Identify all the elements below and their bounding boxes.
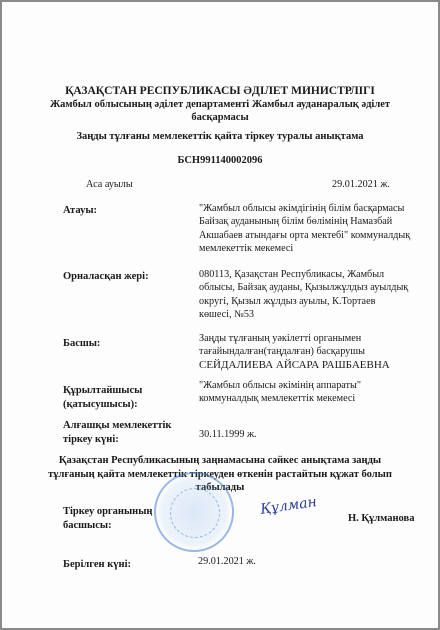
bin-number: БСН991140002096 — [2, 154, 438, 168]
name-line: Акшабаев атындағы орта мектебі" коммунал… — [199, 229, 429, 242]
place-of-issue: Аса ауылы — [86, 179, 133, 190]
founder-label-line: Құрылтайшысы — [63, 384, 142, 398]
department-line-2: басқармасы — [2, 111, 438, 125]
founder-line: коммуналдық мемлекеттік мекемесі — [199, 392, 429, 405]
head-name: СЕЙДАЛИЕВА АЙСАРА РАШБАЕВНА — [199, 359, 429, 372]
field-value-head: Заңды тұлғаның уәкілетті органымен тағай… — [199, 332, 429, 372]
name-line: "Жамбыл облысы әкімдігінің білім басқарм… — [199, 202, 429, 215]
field-value-first-registration: 30.11.1999 ж. — [199, 428, 429, 441]
handwritten-signature: Құлман — [259, 494, 318, 518]
field-value-name: "Жамбыл облысы әкімдігінің білім басқарм… — [199, 202, 429, 256]
header-date: 29.01.2021 ж. — [332, 179, 390, 190]
field-value-location: 080113, Қазақстан Республикасы, Жамбыл о… — [199, 268, 429, 322]
issued-date-label: Берілген күні: — [63, 558, 131, 572]
name-line: мемлекеттік мекемесі — [199, 242, 429, 255]
head-line: тағайындалған(таңдалған) басқарушы — [199, 345, 429, 358]
field-label-founder: Құрылтайшысы (қатысушысы): — [63, 384, 142, 412]
document-page: ҚАЗАҚСТАН РЕСПУБЛИКАСЫ ӘДІЛЕТ МИНИСТРЛІГ… — [0, 0, 440, 630]
official-seal-icon — [154, 472, 234, 552]
department-line-1: Жамбыл облысының әділет департаменті Жам… — [2, 98, 438, 112]
field-label-location: Орналасқан жері: — [63, 270, 149, 284]
field-label-head: Басшы: — [63, 337, 100, 351]
signature-label-line: басшысы: — [63, 519, 152, 533]
location-line: округі, Қызыл жұлдыз ауылы, К.Тортаев — [199, 295, 429, 308]
location-line: облысы, Байзақ ауданы, Қызылжұлдыз ауылд… — [199, 281, 429, 294]
signatory-name: Н. Құлманова — [348, 513, 414, 524]
ministry-heading: ҚАЗАҚСТАН РЕСПУБЛИКАСЫ ӘДІЛЕТ МИНИСТРЛІГ… — [2, 85, 438, 97]
field-label-first-registration: Алғашқы мемлекеттік тіркеу күні: — [63, 419, 171, 447]
statement-line-2: тұлғаның қайта мемлекеттік тіркеуден өтк… — [2, 468, 438, 482]
first-registration-label-line: Алғашқы мемлекеттік — [63, 419, 171, 433]
founder-line: "Жамбыл облысы әкімінің аппараты" — [199, 379, 429, 392]
field-value-founder: "Жамбыл облысы әкімінің аппараты" коммун… — [199, 379, 429, 406]
document-title: Заңды тұлғаны мемлекеттік қайта тіркеу т… — [2, 130, 438, 144]
founder-label-line: (қатысушысы): — [63, 398, 142, 412]
location-line: 080113, Қазақстан Республикасы, Жамбыл — [199, 268, 429, 281]
statement-line-1: Қазақстан Республикасының заңнамасына сә… — [2, 454, 438, 468]
issued-date-value: 29.01.2021 ж. — [198, 556, 256, 567]
signature-label-line: Тіркеу органының — [63, 505, 152, 519]
name-line: Байзақ ауданының білім бөлімінің Намазба… — [199, 215, 429, 228]
location-line: көшесі, №53 — [199, 308, 429, 321]
head-line: Заңды тұлғаның уәкілетті органымен — [199, 332, 429, 345]
field-label-name: Атауы: — [63, 204, 97, 218]
signature-label: Тіркеу органының басшысы: — [63, 505, 152, 533]
first-registration-label-line: тіркеу күні: — [63, 433, 171, 447]
